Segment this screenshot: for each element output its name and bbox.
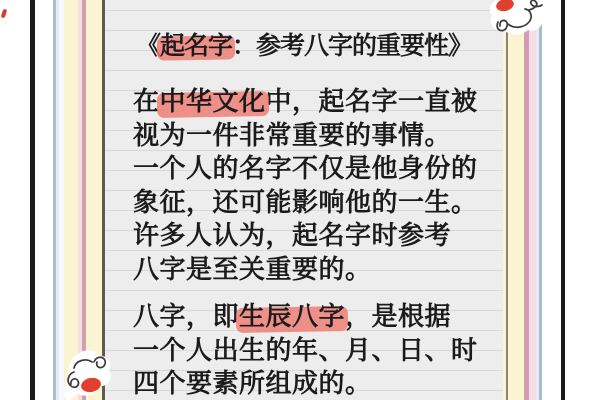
- text-segment: 许多人认为，起名字时参考: [133, 221, 451, 251]
- cloud-scribble-doodle-bottom-left-icon: [64, 350, 114, 400]
- text-segment: 一个人的名字不仅是他身份的: [133, 154, 478, 184]
- text-segment: 象征，还可能影响他的一生。: [133, 188, 478, 218]
- text-line: 八字是至关重要的。: [133, 254, 478, 288]
- naming-bazi-card: 《起名字：参考八字的重要性》 在中华文化中，起名字一直被视为一件非常重要的事情。…: [0, 0, 600, 400]
- text-segment: 一个人出生的年、月、日、时: [133, 336, 478, 366]
- text-line: 四个要素所组成的。: [133, 368, 478, 400]
- text-segment: 中，起名字一直被: [266, 87, 478, 117]
- paragraph-naming-importance: 在中华文化中，起名字一直被视为一件非常重要的事情。一个人的名字不仅是他身份的象征…: [133, 86, 478, 287]
- text-segment: ：参考八字的重要性》: [232, 31, 472, 60]
- highlighted-phrase: 生辰八字: [239, 302, 345, 332]
- text-line: 视为一件非常重要的事情。: [133, 120, 478, 154]
- text-segment: 在: [133, 87, 160, 117]
- left-stripe-border: [0, 0, 105, 400]
- right-stripe-border: [503, 0, 600, 400]
- text-line: 许多人认为，起名字时参考: [133, 220, 478, 254]
- text-line: 象征，还可能影响他的一生。: [133, 187, 478, 221]
- text-line: 在中华文化中，起名字一直被: [133, 86, 478, 120]
- text-segment: 四个要素所组成的。: [133, 369, 372, 399]
- highlighted-phrase: 中华文化: [160, 87, 266, 117]
- page-title: 《起名字：参考八字的重要性》: [105, 26, 503, 62]
- text-segment: ，是根据: [345, 302, 451, 332]
- paragraph-bazi-definition: 八字，即生辰八字，是根据一个人出生的年、月、日、时四个要素所组成的。: [133, 301, 478, 400]
- highlighted-phrase: 起名字: [160, 31, 232, 60]
- cloud-scribble-doodle-top-right-icon: [488, 0, 550, 36]
- text-line: 八字，即生辰八字，是根据: [133, 301, 478, 335]
- text-line: 一个人的名字不仅是他身份的: [133, 153, 478, 187]
- text-segment: 八字，即: [133, 302, 239, 332]
- ruled-paper-content: 《起名字：参考八字的重要性》 在中华文化中，起名字一直被视为一件非常重要的事情。…: [105, 0, 503, 400]
- text-segment: 八字是至关重要的。: [133, 255, 372, 285]
- text-segment: 视为一件非常重要的事情。: [133, 121, 451, 151]
- text-line: 一个人出生的年、月、日、时: [133, 335, 478, 369]
